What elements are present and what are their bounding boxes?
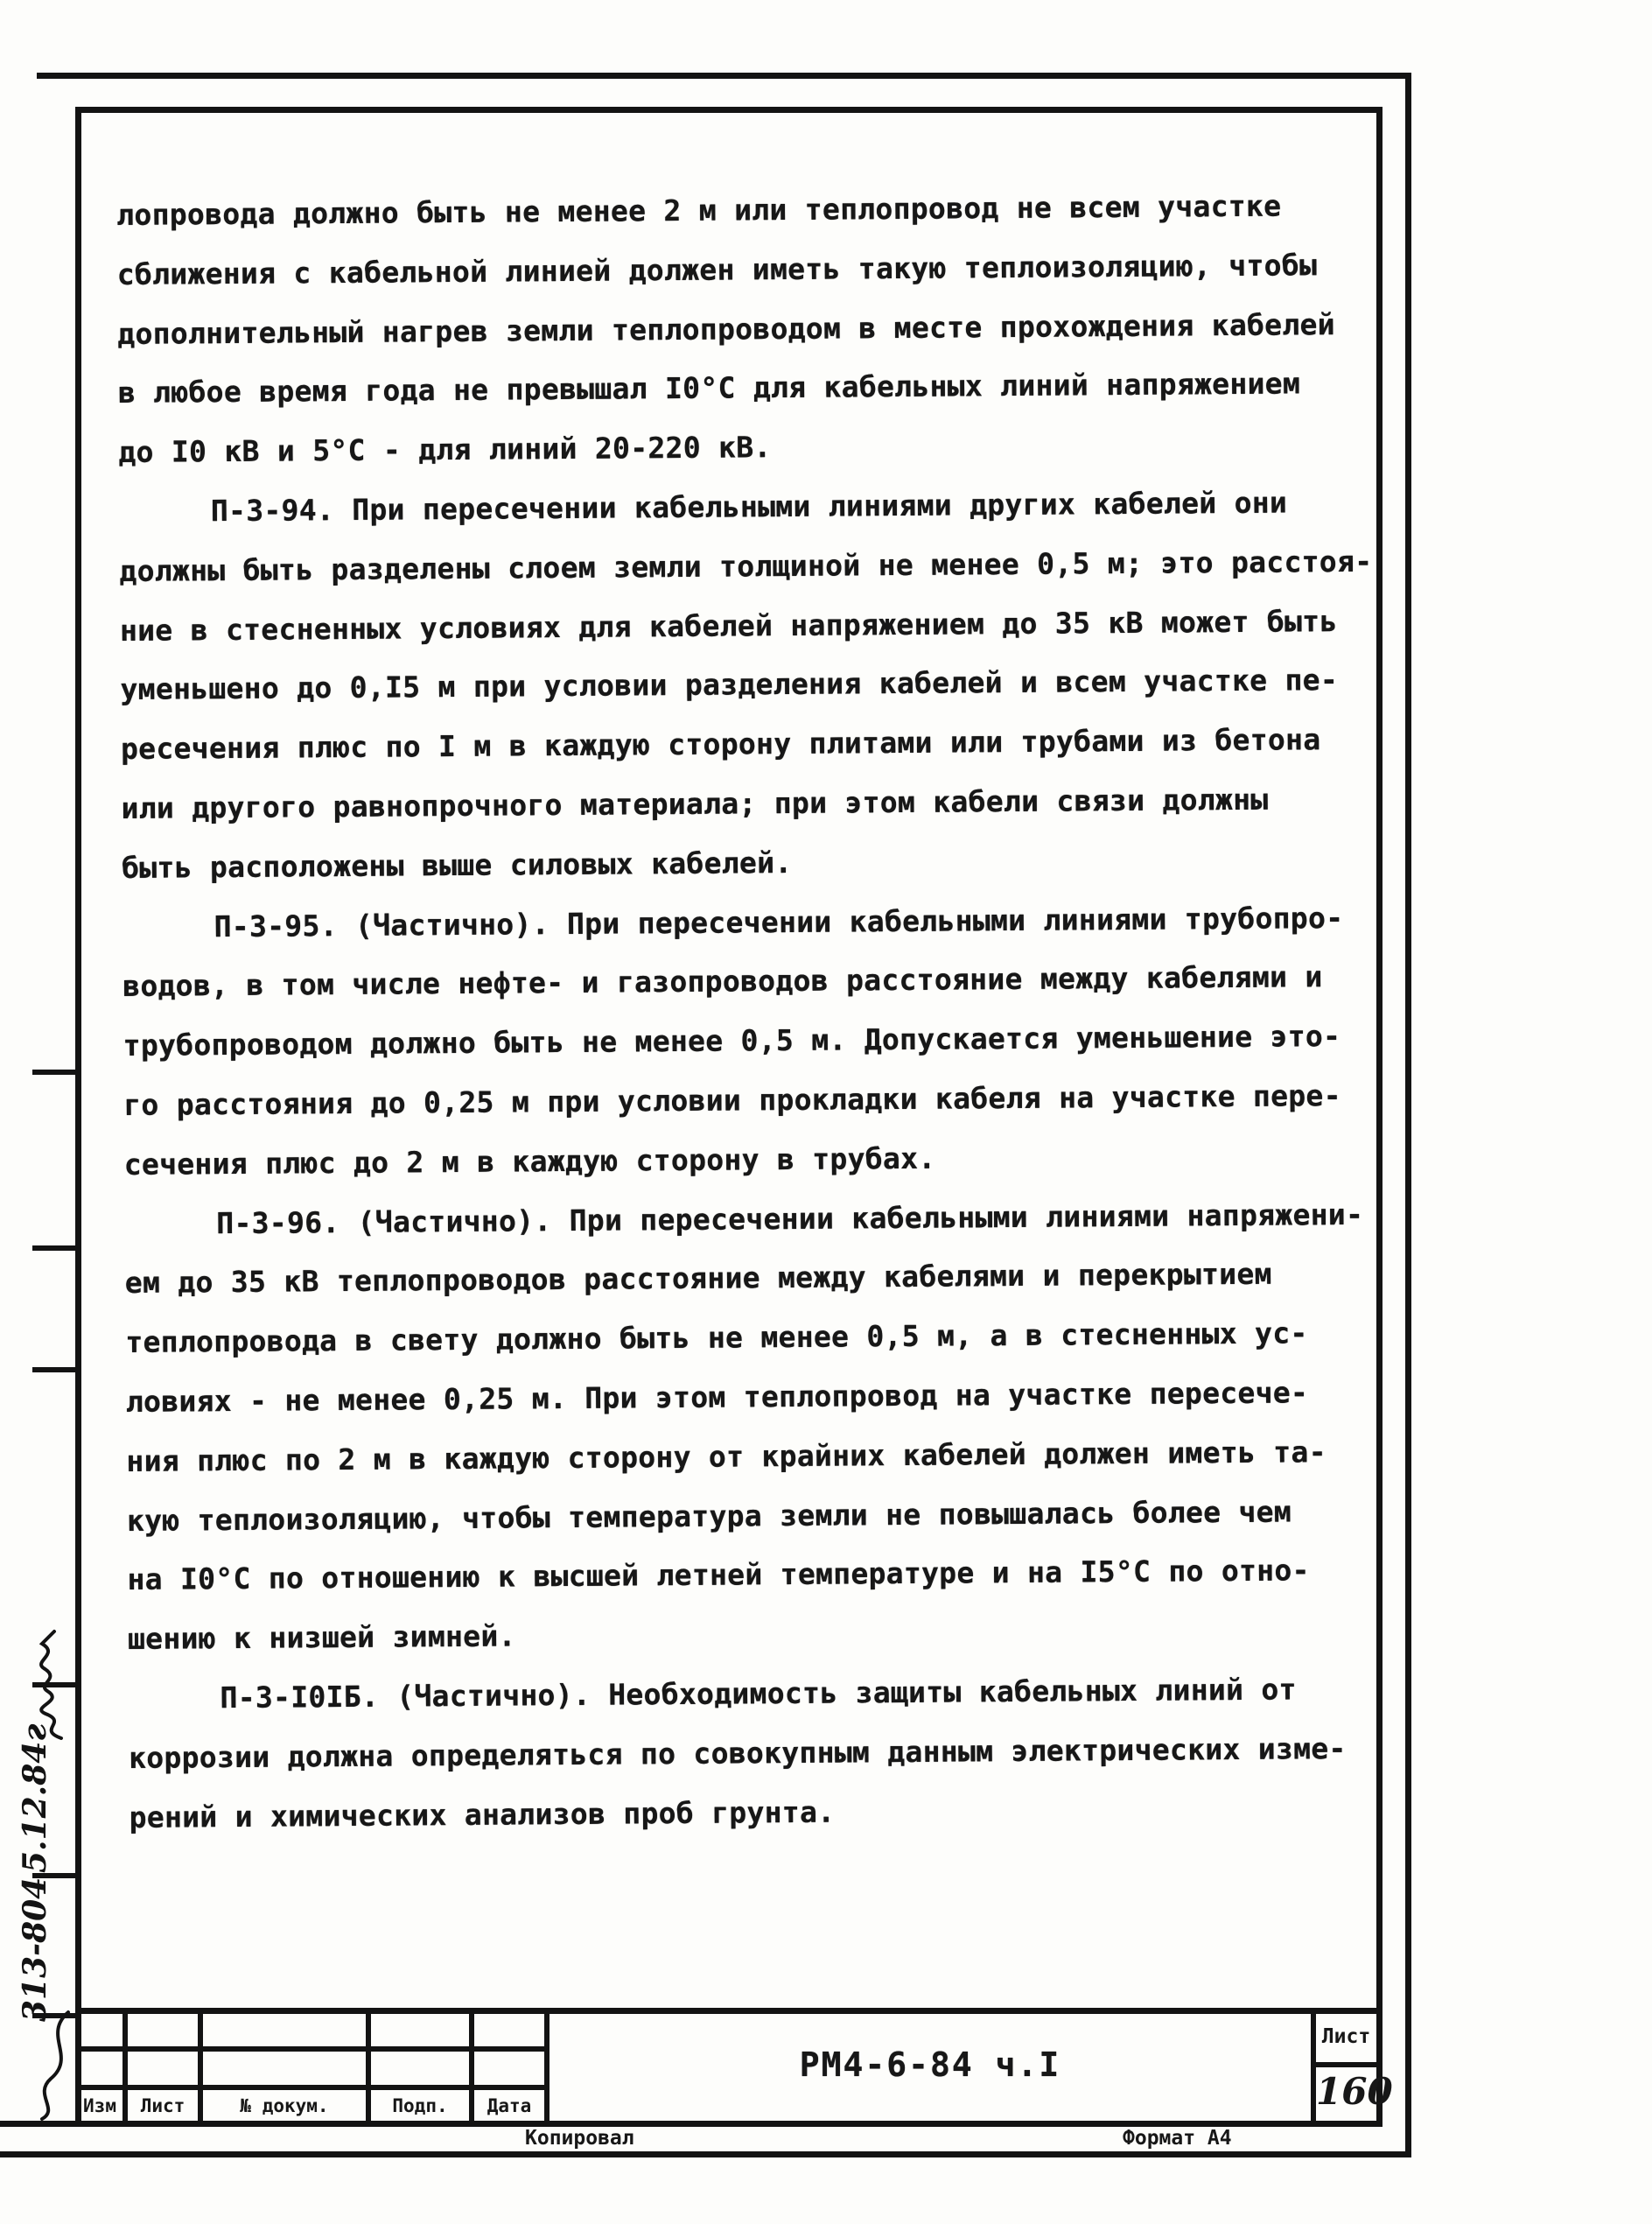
text-line: ресечения плюс по I м в каждую сторону п…: [121, 710, 1398, 779]
text-line: кую теплоизоляцию, чтобы температура зем…: [127, 1481, 1404, 1550]
text-line: П-3-95. (Частично). При пересечении кабе…: [122, 887, 1399, 957]
text-line: П-3-94. При пересечении кабельными линия…: [119, 473, 1396, 542]
text-line: ловиях - не менее 0,25 м. При этом тепло…: [126, 1362, 1403, 1431]
text-line: или другого равнопрочного материала; при…: [121, 768, 1398, 838]
text-line: лопровода должно быть не менее 2 м или т…: [116, 176, 1394, 245]
sheet-number: 160: [1316, 2067, 1376, 2118]
stamp-col-podp: Подп.: [371, 2090, 469, 2122]
text-line: шению к низшей зимней.: [128, 1600, 1405, 1669]
text-line: быть расположены выше силовых кабелей.: [122, 828, 1399, 897]
text-line: должны быть разделены слоем земли толщин…: [119, 531, 1396, 600]
text-line: на I0°С по отношению к высшей летней тем…: [127, 1540, 1404, 1610]
body-text: лопровода должно быть не менее 2 м или т…: [116, 176, 1407, 1848]
text-line: водов, в том числе нефте- и газопроводов…: [122, 947, 1400, 1016]
margin-tick: [32, 1367, 79, 1372]
stamp-col-data: Дата: [474, 2090, 544, 2122]
margin-scribble: [24, 2009, 86, 2126]
outer-border-right: [1405, 73, 1411, 2157]
stamp-col-list: Лист: [128, 2090, 198, 2122]
text-line: ем до 35 кВ теплопроводов расстояние меж…: [125, 1244, 1403, 1313]
margin-inventory-number: 313-804: [16, 1882, 54, 2022]
stamp-row-line: [75, 2046, 549, 2052]
stamp-col-docnum: № докум.: [203, 2090, 366, 2122]
text-line: коррозии должна определяться по совокупн…: [129, 1718, 1406, 1787]
text-line: трубопроводом должно быть не менее 0,5 м…: [122, 1007, 1400, 1076]
outer-border-top: [37, 73, 1411, 79]
text-line: теплопровода в свету должно быть не мене…: [125, 1303, 1403, 1372]
format-label: Формат А4: [1123, 2125, 1232, 2151]
document-number: РМ4-6-84 ч.I: [549, 2008, 1311, 2121]
outer-border-bottom: [0, 2151, 1411, 2157]
text-line: дополнительный нагрев земли теплопроводо…: [117, 294, 1395, 363]
text-line: сечения плюс до 2 м в каждую сторону в т…: [124, 1125, 1402, 1194]
text-line: ние в стесненных условиях для кабелей на…: [120, 591, 1397, 660]
text-line: го расстояния до 0,25 м при условии прок…: [123, 1065, 1401, 1134]
margin-date: 5.12.84г: [16, 1742, 54, 1873]
signature-scribble: [35, 1628, 70, 1742]
text-line: ния плюс по 2 м в каждую сторону от край…: [126, 1421, 1403, 1491]
scanned-document-page: лопровода должно быть не менее 2 м или т…: [0, 0, 1652, 2224]
copied-by-label: Копировал: [525, 2125, 634, 2151]
text-line: сближения с кабельной линией должен имет…: [117, 235, 1395, 304]
margin-tick: [32, 1070, 79, 1075]
text-line: в любое время года не превышал I0°С для …: [118, 354, 1396, 423]
sheet-label: Лист: [1316, 2011, 1376, 2062]
text-line: П-3-96. (Частично). При пересечении кабе…: [124, 1184, 1402, 1253]
text-line: до I0 кВ и 5°С - для линий 20-220 кВ.: [118, 413, 1396, 482]
text-line: П-3-I0IБ. (Частично). Необходимость защи…: [128, 1659, 1405, 1728]
text-line: уменьшено до 0,I5 м при условии разделен…: [120, 650, 1397, 719]
margin-tick: [32, 1245, 79, 1251]
text-line: рений и химических анализов проб грунта.: [129, 1778, 1406, 1847]
